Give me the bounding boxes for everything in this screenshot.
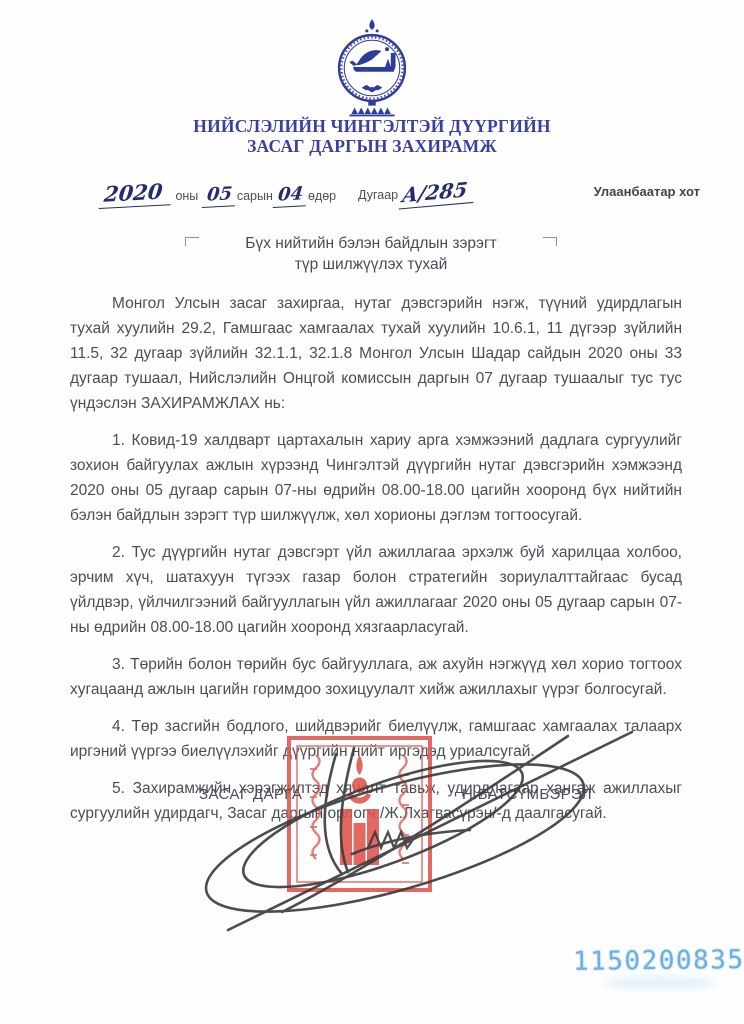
district-emblem-icon [325, 18, 419, 118]
month-label: сарын [237, 189, 273, 203]
handwritten-year: 2020 [99, 178, 174, 209]
subject-line1: Бүх нийтийн бэлэн байдлын зэрэгт [185, 233, 557, 254]
handwritten-month: 05 [202, 183, 237, 208]
decree-item-2: 2. Тус дүүргийн нутаг дэвсгэрт үйл ажилл… [70, 540, 682, 640]
intro-paragraph: Монгол Улсын засаг захиргаа, нутаг дэвсг… [70, 291, 682, 416]
org-name-line2: ЗАСАГ ДАРГЫН ЗАХИРАМЖ [0, 136, 744, 156]
handwritten-number: А/285 [399, 177, 477, 210]
right-corner-bracket-icon [543, 237, 557, 246]
handwritten-day: 04 [273, 183, 308, 208]
handwritten-signature-icon [140, 720, 650, 938]
left-corner-bracket-icon [185, 237, 199, 246]
day-label: өдөр [308, 189, 336, 203]
decree-item-3: 3. Төрийн болон төрийн бус байгууллага, … [70, 652, 682, 702]
registry-number-stamp: 1150200835 [573, 945, 744, 977]
decree-item-1: 1. Ковид-19 халдварт цартахалын хариу ар… [70, 428, 682, 528]
subject-line2: түр шилжүүлэх тухай [185, 254, 557, 275]
number-label: Дугаар [358, 188, 398, 202]
subject-block: Бүх нийтийн бэлэн байдлын зэрэгт түр шил… [185, 233, 557, 275]
ink-smudge [604, 976, 716, 989]
year-label: оны [175, 189, 198, 203]
org-name-line1: НИЙСЛЭЛИЙН ЧИНГЭЛТЭЙ ДҮҮРГИЙН [0, 116, 744, 136]
city-label: Улаанбаатар хот [594, 184, 700, 199]
document-page: НИЙСЛЭЛИЙН ЧИНГЭЛТЭЙ ДҮҮРГИЙН ЗАСАГ ДАРГ… [0, 0, 744, 1024]
date-fields: 2020оны 05сарын04өдөр [100, 180, 336, 207]
page-title: НИЙСЛЭЛИЙН ЧИНГЭЛТЭЙ ДҮҮРГИЙН ЗАСАГ ДАРГ… [0, 116, 744, 156]
dateline: 2020оны 05сарын04өдөр ДугаарА/285 Улаанб… [100, 172, 700, 216]
document-number: ДугаарА/285 [358, 180, 475, 206]
